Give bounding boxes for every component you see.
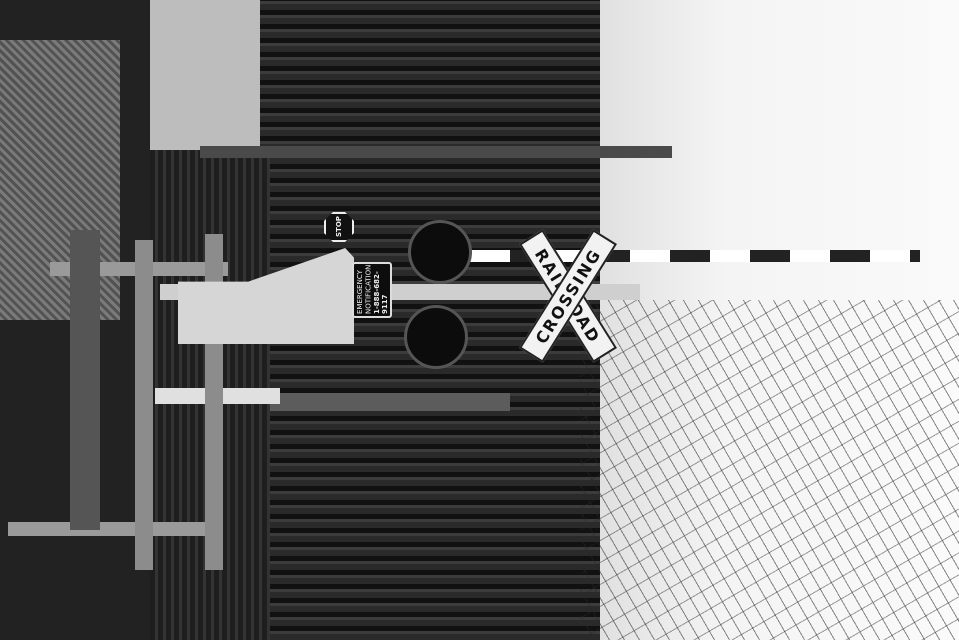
fence-post <box>70 230 100 530</box>
fence-post <box>135 240 153 570</box>
fence-rail <box>8 522 218 536</box>
photograph: STOP EMERGENCY NOTIFICATION 1-888-682-91… <box>0 0 959 640</box>
signal-light-icon <box>404 305 468 369</box>
signal-light-icon <box>408 220 472 284</box>
stop-sign: STOP <box>324 212 354 242</box>
road <box>150 0 260 150</box>
emergency-notification-sign: EMERGENCY NOTIFICATION 1-888-682-9117 Ri… <box>352 262 392 318</box>
grass-shrubs <box>0 40 120 320</box>
sign-phone: 1-888-682-9117 <box>373 266 390 314</box>
sign-header: EMERGENCY NOTIFICATION <box>356 266 373 314</box>
fallen-log <box>270 393 510 411</box>
sign-location: River Road <box>390 266 392 314</box>
utility-pole <box>200 146 672 158</box>
bare-tree-branches <box>580 300 959 640</box>
